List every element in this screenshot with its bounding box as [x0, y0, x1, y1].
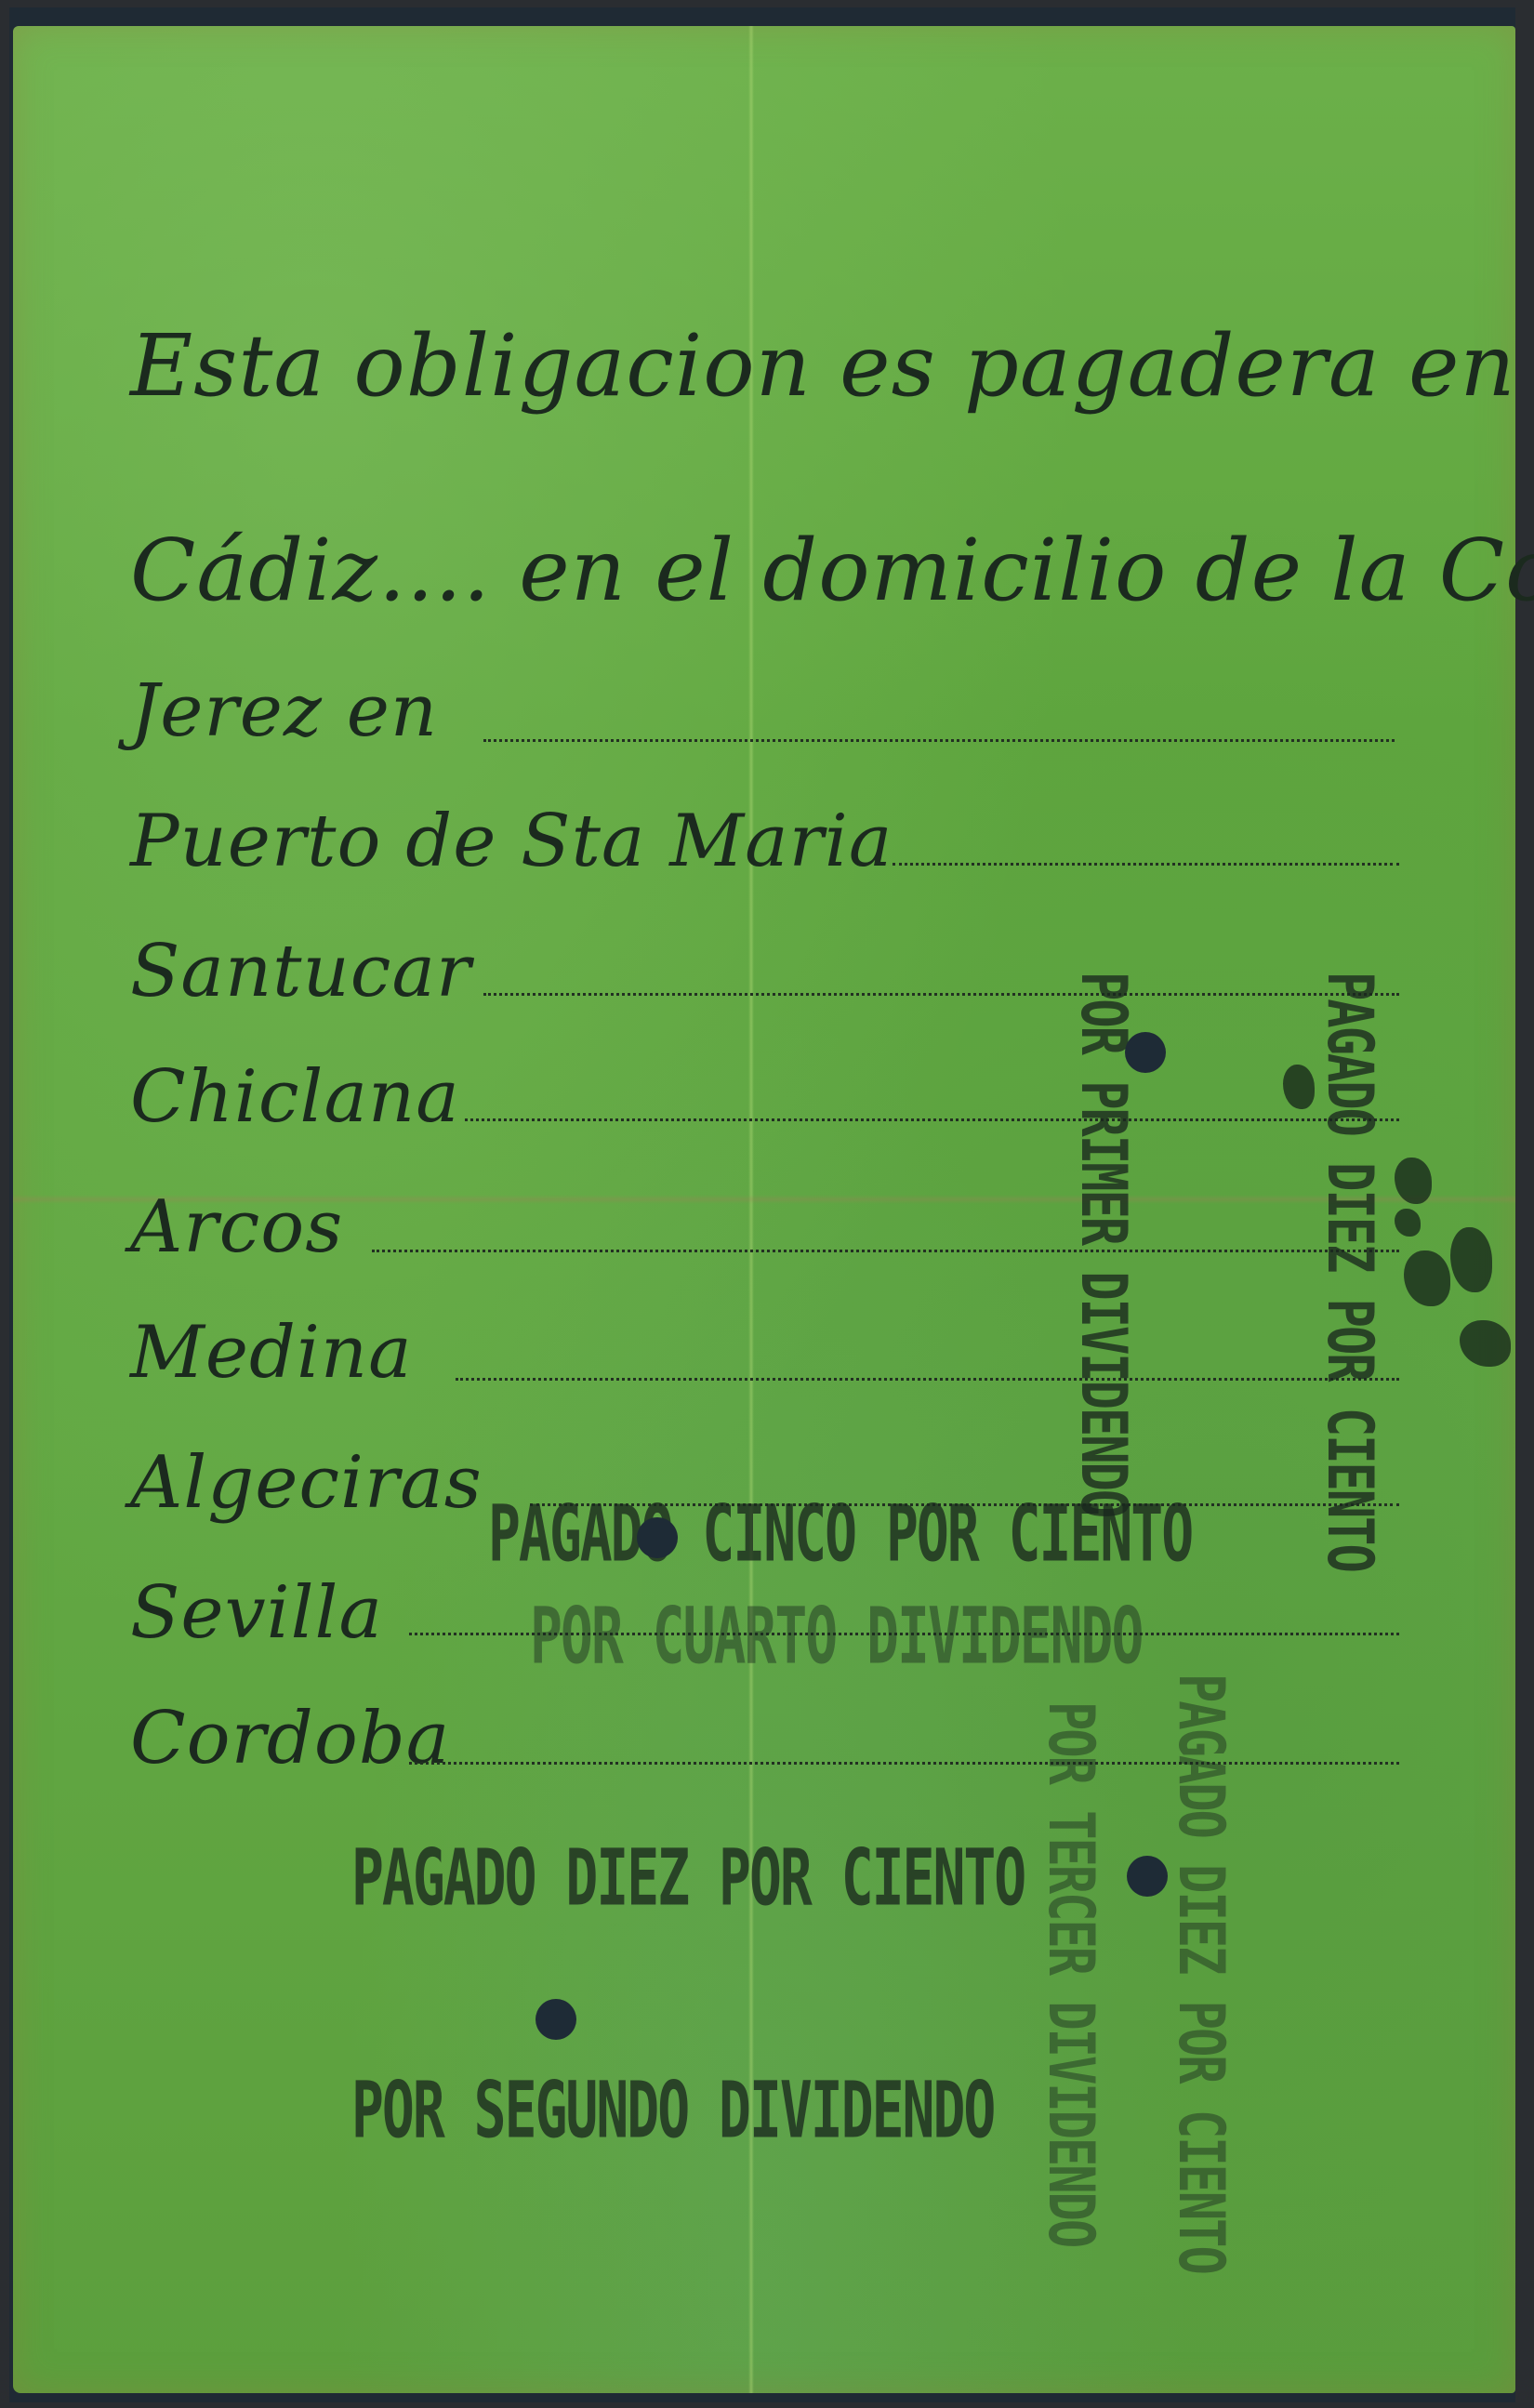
city-medina: Medina — [130, 1311, 413, 1395]
fill-line — [483, 739, 1395, 742]
fill-line — [483, 993, 1399, 996]
stamp-second-dividend-line2: POR SEGUNDO DIVIDENDO — [351, 2064, 994, 2156]
punch-hole — [1127, 1856, 1168, 1897]
city-chiclana: Chiclana — [130, 1055, 460, 1139]
heading-line-2: Cádiz.... en el domicilio de la Compañia — [130, 521, 1534, 620]
city-algeciras: Algeciras — [130, 1441, 483, 1525]
city-arcos: Arcos — [130, 1185, 343, 1269]
fill-line — [893, 863, 1399, 866]
city-santucar: Santucar — [130, 930, 471, 1013]
fill-line — [372, 1250, 1399, 1252]
stamp-fourth-dividend-line2: POR CUARTO DIVIDENDO — [530, 1590, 1142, 1682]
heading-line-1: Esta obligacion es pagadera en — [130, 316, 1516, 416]
stamp-first-dividend-pagado-vertical: PAGADO DIEZ POR CIENTO — [1313, 972, 1385, 1571]
fill-line — [456, 1378, 1399, 1381]
stamp-third-dividend-pagado-vertical: PAGADO DIEZ POR CIENTO — [1164, 1674, 1236, 2273]
city-sevilla: Sevilla — [130, 1571, 383, 1655]
stamp-second-dividend-line1: PAGADO DIEZ POR CIENTO — [351, 1832, 1025, 1924]
city-puerto-sta-maria: Puerto de Sta Maria — [130, 800, 893, 883]
fill-line — [409, 1762, 1399, 1765]
punch-hole — [536, 1999, 576, 2040]
punch-hole — [1125, 1032, 1166, 1073]
stamp-third-dividend-vertical: POR TERCER DIVIDENDO — [1034, 1701, 1106, 2246]
fill-line — [465, 1118, 1399, 1121]
city-jerez: Jerez en — [130, 669, 438, 753]
punch-hole — [637, 1517, 678, 1558]
city-cordoba: Cordoba — [130, 1697, 450, 1780]
